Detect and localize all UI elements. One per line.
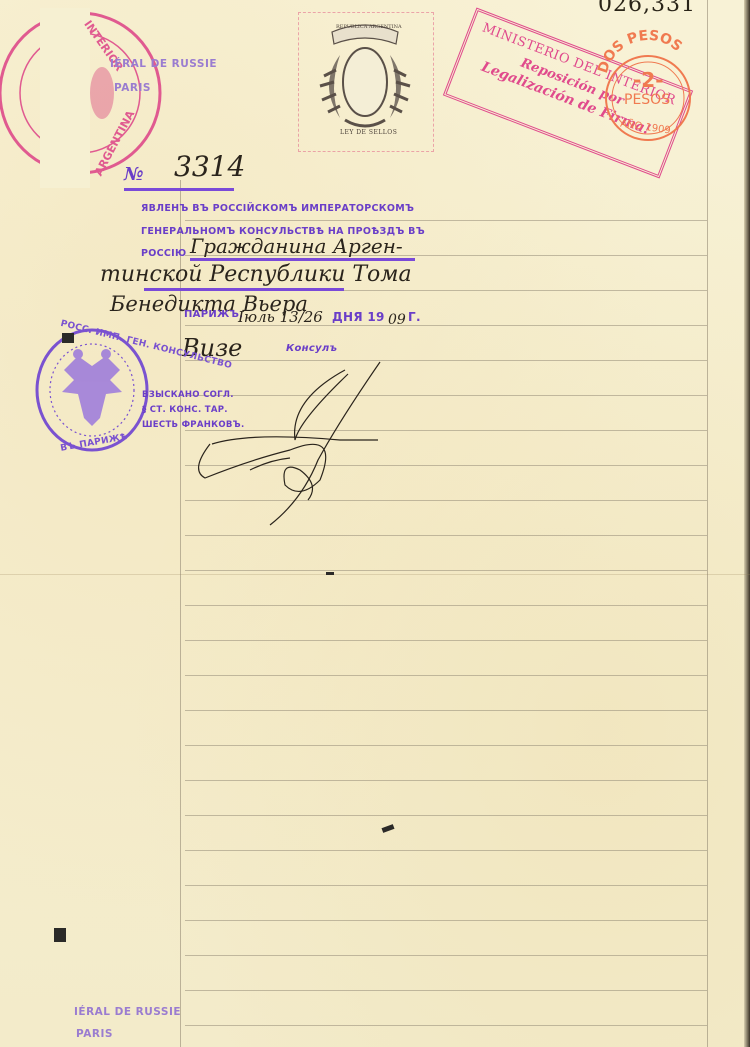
ruled-line [185, 220, 707, 221]
ruled-line [185, 780, 707, 781]
double-headed-eagle-icon [62, 349, 122, 426]
handwritten-number: 3314 [174, 150, 245, 183]
ruled-line [185, 850, 707, 851]
city-label: ПАРИЖЪ, [184, 309, 243, 320]
revenue-stamp-caption: LEY DE SELLOS [340, 129, 397, 136]
consul-signature [190, 360, 390, 530]
serial-number: 026,331 [598, 0, 696, 17]
date-handwritten: Іюль 13/26 [238, 308, 323, 326]
ruled-line [185, 570, 707, 571]
consul-stamp: Консулъ [286, 343, 337, 354]
consulate-line1: ЯВЛЕНЪ ВЪ РОССІЙСКОМЪ ИМПЕРАТОРСКОМЪ [141, 203, 414, 214]
ink-blot-lower [54, 928, 66, 942]
ruled-line [185, 535, 707, 536]
traveler-underline2 [144, 288, 344, 291]
number-sign: № [124, 164, 144, 185]
russie-stamp-bottom-line2: PARIS [76, 1028, 113, 1040]
ruled-line [185, 920, 707, 921]
revenue-stamp-emblem [310, 20, 420, 140]
ruled-line [185, 885, 707, 886]
dos-pesos-unit: PESOS [624, 92, 670, 108]
russie-stamp-bottom-line1: IÉRAL DE RUSSIE [74, 1006, 181, 1018]
right-margin-line [707, 0, 708, 1047]
ruled-line [185, 955, 707, 956]
ruled-line [185, 1025, 707, 1026]
year-suffix: Г. [408, 310, 421, 324]
ink-speck-fold [326, 572, 334, 575]
number-underline [124, 188, 234, 191]
ruled-line [185, 675, 707, 676]
ruled-line [185, 745, 707, 746]
year-handwritten: 09 [388, 312, 406, 328]
ruled-line [185, 640, 707, 641]
ink-blot [62, 333, 74, 343]
ruled-line [185, 815, 707, 816]
ruled-line [185, 990, 707, 991]
revenue-stamp-banner: REPUBLICA ARGENTINA [336, 24, 402, 30]
russie-stamp-top-line1: IÉRAL DE RUSSIE [110, 58, 217, 70]
traveler-line1: Гражданина Арген- [190, 234, 403, 258]
dos-pesos-value: -2- [633, 68, 664, 92]
day-label: ДНЯ 19 [332, 310, 385, 324]
russie-stamp-top-line2: PARIS [114, 82, 151, 94]
fold-crease [0, 574, 750, 575]
page-edge [744, 0, 750, 1047]
consulate-line3-label: РОССІЮ [141, 248, 186, 259]
ruled-line [185, 710, 707, 711]
traveler-line2: тинской Республики Тома [100, 262, 412, 287]
traveler-underline1 [190, 258, 415, 261]
bleed-through-text [400, 340, 640, 480]
ruled-line [185, 605, 707, 606]
